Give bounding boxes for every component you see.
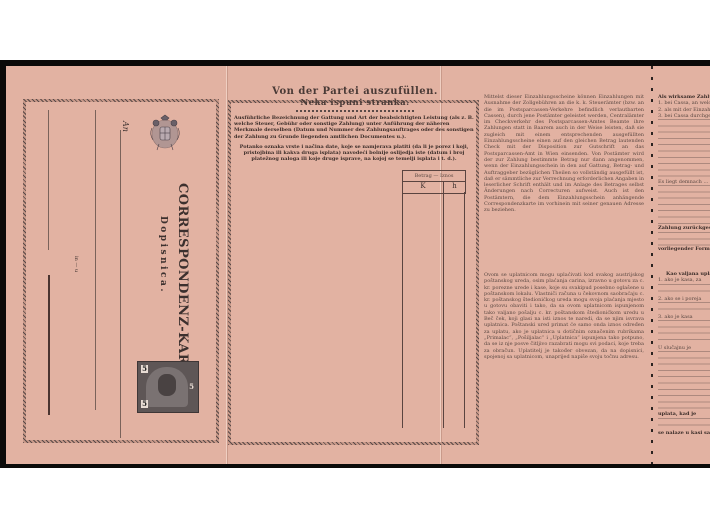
postal-card: An in — u CORRESPONDENZ-KARTE. Dopisnica… [6, 66, 710, 464]
instructions-paragraph-sr: Ovom se uplatnicom mogu uplaćivati kod s… [484, 272, 644, 360]
double-headed-eagle-icon [148, 114, 182, 152]
amount-col-heller: h [444, 182, 465, 190]
form-instruction-de: Ausführliche Bezeichnung der Gattung und… [234, 115, 474, 140]
heading-divider [296, 110, 416, 112]
stamp-value-top: 5 [141, 365, 148, 373]
address-line-2[interactable] [95, 110, 96, 410]
form-heading-de: Von der Partei auszufüllen. [240, 86, 470, 97]
amount-divider [443, 192, 444, 428]
form-instruction-sr: Potanko oznaka vrste i načina date, koje… [234, 144, 474, 163]
address-line-4[interactable] [48, 275, 50, 415]
stub-text-sr: Kao valjana uplata 1. ako je kasa, za 2.… [658, 271, 710, 436]
address-line-1[interactable] [120, 130, 121, 438]
instructions-paragraph-de: Mittelst dieser Einzahlungsscheine könne… [484, 94, 644, 214]
addressee-prefix: An [121, 121, 130, 132]
place-hint: in — u [73, 256, 79, 272]
fold-line-1 [226, 66, 227, 464]
amount-header: Betrag — Iznos [403, 171, 465, 182]
stamp-value-right: 5 [188, 383, 195, 391]
stamp-value-bottom: 5 [141, 400, 148, 408]
perforation-line[interactable] [651, 66, 653, 464]
postage-stamp: 5 5 5 [137, 361, 199, 413]
card-title: CORRESPONDENZ-KARTE. [175, 183, 190, 390]
amount-header-box: Betrag — Iznos K h [402, 170, 466, 194]
amount-kronen-field-left[interactable] [402, 192, 403, 428]
stub-text-de: Als wirksame Zahlung gilt: 1. bei Cassa,… [658, 94, 710, 252]
emperor-portrait-icon [158, 374, 176, 396]
form-heading-sr: Neka ispuni stranka. [240, 98, 470, 108]
card-subtitle: Dopisnica. [158, 216, 168, 294]
amount-col-kronen: K [403, 182, 443, 190]
amount-heller-field-right[interactable] [464, 192, 465, 428]
address-line-3[interactable] [48, 110, 49, 250]
